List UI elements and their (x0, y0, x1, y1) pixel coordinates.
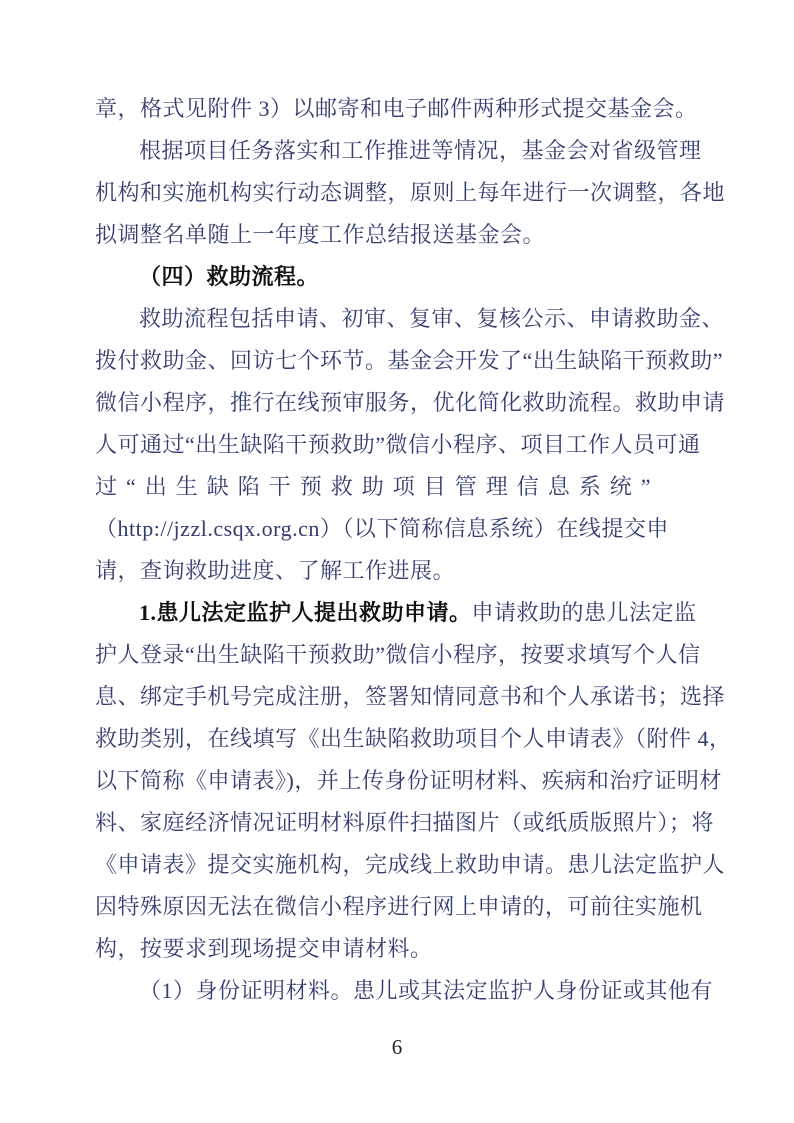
text-run: 料、家庭经济情况证明材料原件扫描图片（或纸质版照片）；将 (95, 810, 714, 835)
text-line: 拟调整名单随上一年度工作总结报送基金会。 (95, 214, 709, 256)
text-run: 构，按要求到现场提交申请材料。 (95, 936, 433, 961)
text-run: 拨付救助金、回访七个环节。基金会开发了“出生缺陷干预救助” (95, 348, 723, 373)
page-number: 6 (0, 1035, 794, 1060)
text-line: （1）身份证明材料。患儿或其法定监护人身份证或其他有 (95, 970, 709, 1012)
text-line: （四）救助流程。 (95, 256, 709, 298)
text-run: 救助流程包括申请、初审、复审、复核公示、申请救助金、 (139, 306, 724, 331)
text-line: 息、绑定手机号完成注册，签署知情同意书和个人承诺书；选择 (95, 676, 709, 718)
text-run: 机构和实施机构实行动态调整，原则上每年进行一次调整，各地 (95, 180, 725, 205)
text-run: 因特殊原因无法在微信小程序进行网上申请的，可前往实施机 (95, 894, 703, 919)
text-run: 《申请表》提交实施机构，完成线上救助申请。患儿法定监护人 (95, 852, 725, 877)
text-run: （1）身份证明材料。患儿或其法定监护人身份证或其他有 (139, 978, 713, 1003)
text-line: 《申请表》提交实施机构，完成线上救助申请。患儿法定监护人 (95, 844, 709, 886)
text-run: 护人登录“出生缺陷干预救助”微信小程序，按要求填写个人信 (95, 642, 701, 667)
text-line: 过“出生缺陷干预救助项目管理信息系统” (95, 466, 709, 508)
text-run: 申请救助的患儿法定监 (472, 600, 697, 625)
text-line: 机构和实施机构实行动态调整，原则上每年进行一次调整，各地 (95, 172, 709, 214)
text-line: 请，查询救助进度、了解工作进展。 (95, 550, 709, 592)
bold-text-run: （四）救助流程。 (139, 264, 319, 289)
text-line: 护人登录“出生缺陷干预救助”微信小程序，按要求填写个人信 (95, 634, 709, 676)
text-line: （http://jzzl.csqx.org.cn）（以下简称信息系统）在线提交申 (95, 508, 709, 550)
text-line: 因特殊原因无法在微信小程序进行网上申请的，可前往实施机 (95, 886, 709, 928)
document-page: 章，格式见附件 3）以邮寄和电子邮件两种形式提交基金会。根据项目任务落实和工作推… (0, 0, 794, 1123)
text-run: 救助类别，在线填写《出生缺陷救助项目个人申请表》（附件 4， (95, 726, 732, 751)
document-body: 章，格式见附件 3）以邮寄和电子邮件两种形式提交基金会。根据项目任务落实和工作推… (95, 88, 709, 1012)
text-run: 拟调整名单随上一年度工作总结报送基金会。 (95, 222, 545, 247)
text-run: 微信小程序，推行在线预审服务，优化简化救助流程。救助申请 (95, 390, 725, 415)
text-line: 构，按要求到现场提交申请材料。 (95, 928, 709, 970)
text-line: 人可通过“出生缺陷干预救助”微信小程序、项目工作人员可通 (95, 424, 709, 466)
text-line: 根据项目任务落实和工作推进等情况，基金会对省级管理 (95, 130, 709, 172)
text-line: 拨付救助金、回访七个环节。基金会开发了“出生缺陷干预救助” (95, 340, 709, 382)
text-run: 请，查询救助进度、了解工作进展。 (95, 558, 455, 583)
text-run: 过“出生缺陷干预救助项目管理信息系统” (95, 474, 660, 499)
text-run: （http://jzzl.csqx.org.cn）（以下简称信息系统）在线提交申 (95, 516, 669, 541)
text-line: 章，格式见附件 3）以邮寄和电子邮件两种形式提交基金会。 (95, 88, 709, 130)
text-run: 章，格式见附件 3）以邮寄和电子邮件两种形式提交基金会。 (95, 96, 698, 121)
text-line: 料、家庭经济情况证明材料原件扫描图片（或纸质版照片）；将 (95, 802, 709, 844)
text-line: 救助流程包括申请、初审、复审、复核公示、申请救助金、 (95, 298, 709, 340)
text-line: 救助类别，在线填写《出生缺陷救助项目个人申请表》（附件 4， (95, 718, 709, 760)
text-run: 根据项目任务落实和工作推进等情况，基金会对省级管理 (139, 138, 702, 163)
text-run: 息、绑定手机号完成注册，签署知情同意书和个人承诺书；选择 (95, 684, 725, 709)
bold-text-run: 1.患儿法定监护人提出救助申请。 (139, 600, 472, 625)
text-line: 1.患儿法定监护人提出救助申请。申请救助的患儿法定监 (95, 592, 709, 634)
text-line: 微信小程序，推行在线预审服务，优化简化救助流程。救助申请 (95, 382, 709, 424)
text-run: 以下简称《申请表》)，并上传身份证明材料、疾病和治疗证明材 (95, 768, 722, 793)
text-run: 人可通过“出生缺陷干预救助”微信小程序、项目工作人员可通 (95, 432, 701, 457)
text-line: 以下简称《申请表》)，并上传身份证明材料、疾病和治疗证明材 (95, 760, 709, 802)
